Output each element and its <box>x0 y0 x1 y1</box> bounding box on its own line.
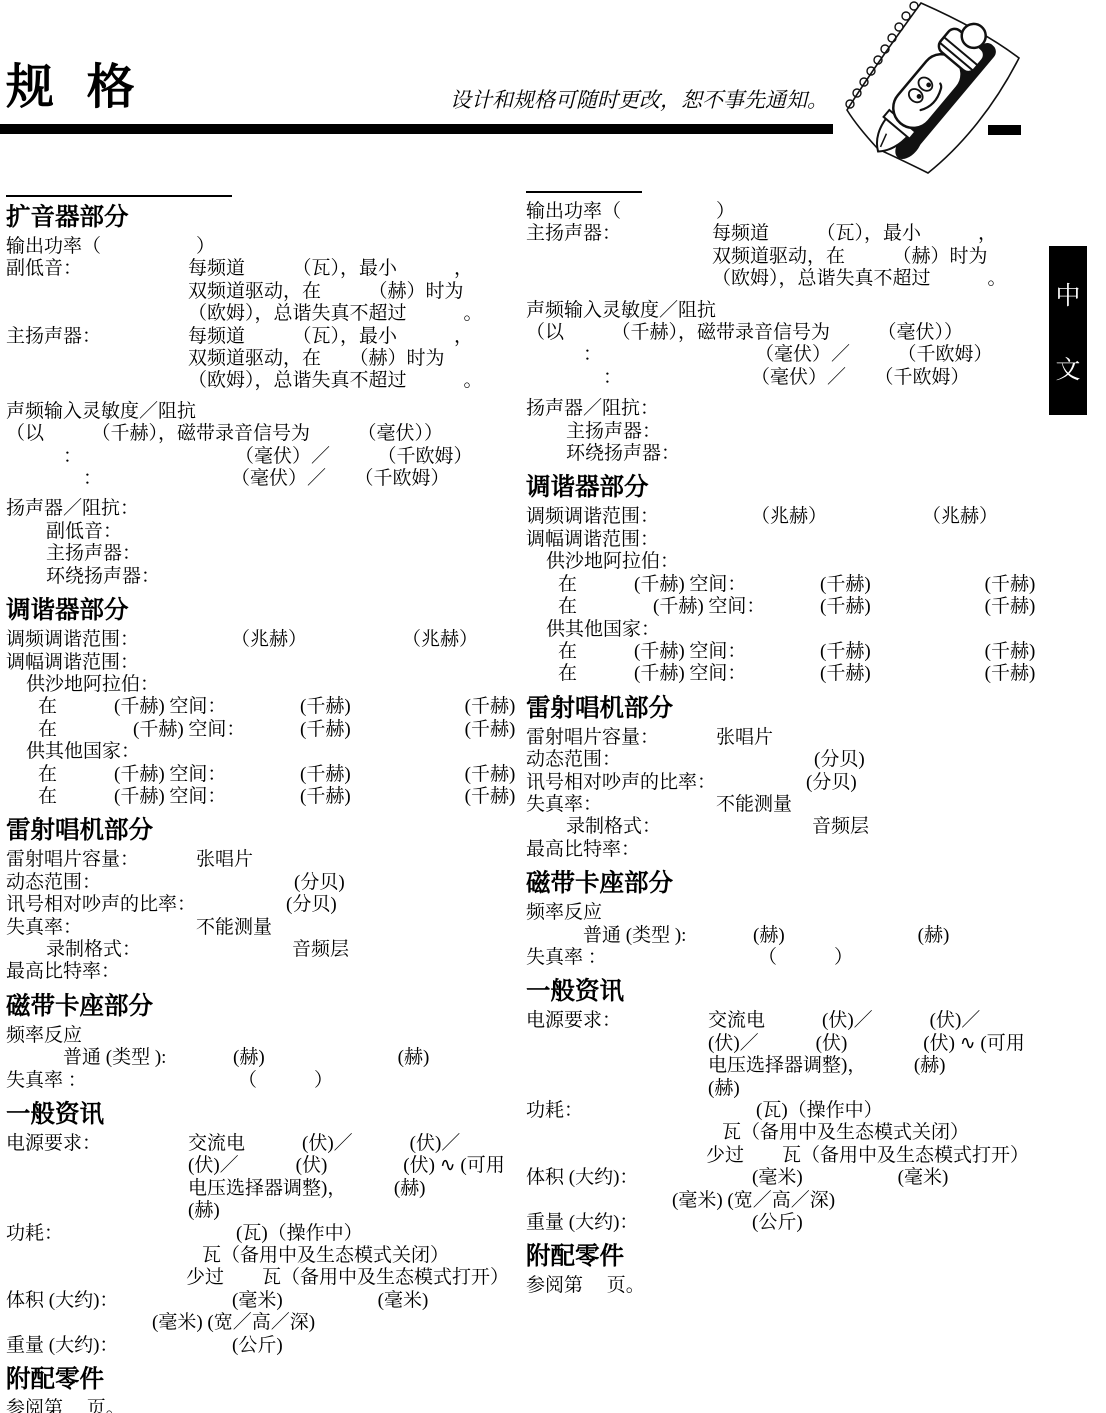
spec-line: 瓦（备用中及生态模式关闭） <box>526 1122 1092 1144</box>
spec-value: 供沙地阿拉伯： <box>546 551 679 573</box>
spec-label: 在 (千赫) 空间： <box>38 764 300 786</box>
section-rule <box>526 191 642 193</box>
spec-value: (千赫) (千赫) <box>820 574 1035 596</box>
spec-label: 失真率 ： <box>6 1070 238 1092</box>
spec-label: ： <box>583 344 755 366</box>
section-heading: 附配零件 <box>6 1367 516 1393</box>
spec-value: （欧姆），总谐失真不超过 。 <box>712 268 1007 290</box>
spec-label: 体积 (大约)： <box>6 1290 232 1312</box>
spec-line: 环绕扬声器： <box>6 566 516 588</box>
spec-line: 双频道驱动，在 （赫）时为 <box>6 348 516 370</box>
spec-line: 在 (千赫) 空间：(千赫) (千赫) <box>526 663 1092 685</box>
spec-line: 供沙地阿拉伯： <box>526 551 1092 573</box>
spec-line: 扬声器／阻抗： <box>6 498 516 520</box>
spec-value: 音频层 <box>812 816 869 838</box>
spec-value: 每频道 （瓦），最小 ， <box>188 258 473 280</box>
spec-value: （以 （千赫），磁带录音信号为 （毫伏）） <box>6 423 443 445</box>
spec-line: 功耗：(瓦)（操作中） <box>6 1223 516 1245</box>
spec-value: 不能测量 <box>716 794 792 816</box>
spec-value: 音频层 <box>292 939 349 961</box>
spec-value: （ ） <box>758 947 853 969</box>
spec-value: (千赫) (千赫) <box>820 596 1035 618</box>
section-heading: 磁带卡座部分 <box>6 994 516 1020</box>
spec-line: 体积 (大约)：(毫米) (毫米) <box>6 1290 516 1312</box>
spec-line: 电压选择器调整)， (赫) <box>526 1055 1092 1077</box>
spec-label: 在 (千赫) 空间： <box>38 786 300 808</box>
spec-label: 调频调谐范围： <box>6 629 231 651</box>
pen-on-notepad-illustration <box>845 0 1097 184</box>
spec-line: 双频道驱动，在 （赫）时为 <box>526 246 1092 268</box>
spec-label: 讯号相对吵声的比率： <box>526 772 806 794</box>
spec-value: 双频道驱动，在 （赫）时为 <box>188 281 464 303</box>
spec-value: 少过 瓦（备用中及生态模式打开） <box>186 1267 509 1289</box>
spec-line: 声频输入灵敏度／阻抗 <box>6 401 516 423</box>
spec-value: 参阅第 页。 <box>6 1398 125 1413</box>
spec-label: ： <box>63 446 235 468</box>
spec-line: 主扬声器：每频道 （瓦），最小 ， <box>526 223 1092 245</box>
spec-line: 副低音： <box>6 521 516 543</box>
spec-label: 在 (千赫) 空间： <box>558 641 820 663</box>
spec-value: （毫伏）／ （千欧姆） <box>751 367 970 389</box>
spec-label: 在 (千赫) 空间： <box>38 719 300 741</box>
spec-value: 每频道 （瓦），最小 ， <box>188 326 473 348</box>
spec-value: 参阅第 页。 <box>526 1275 645 1297</box>
spec-value: 主扬声器： <box>566 421 661 443</box>
spec-label: 动态范围： <box>526 749 814 771</box>
spec-label: 普通 (类型 ): <box>63 1047 233 1069</box>
spec-line: 功耗：(瓦)（操作中） <box>526 1100 1092 1122</box>
spec-label: 电源要求： <box>526 1010 708 1032</box>
spec-label: 主扬声器： <box>6 326 188 348</box>
spec-value: 声频输入灵敏度／阻抗 <box>526 300 716 322</box>
spec-value: (赫) <box>188 1200 220 1222</box>
spec-value: 每频道 （瓦），最小 ， <box>712 223 997 245</box>
spec-value: (毫米) (宽／高／深) <box>152 1312 315 1334</box>
spec-value: 扬声器／阻抗： <box>6 498 139 520</box>
spec-value: 瓦（备用中及生态模式关闭） <box>722 1122 969 1144</box>
spec-value: 频率反应 <box>6 1025 82 1047</box>
spec-value: （欧姆），总谐失真不超过 。 <box>188 370 483 392</box>
spec-label: 讯号相对吵声的比率： <box>6 894 286 916</box>
spec-value: (毫米) (毫米) <box>232 1290 428 1312</box>
spec-line: 动态范围：(分贝) <box>526 749 1092 771</box>
spec-line: 少过 瓦（备用中及生态模式打开） <box>526 1145 1092 1167</box>
spec-value: 调幅调谐范围： <box>6 652 139 674</box>
spec-line: 动态范围：(分贝) <box>6 872 516 894</box>
spec-value: 声频输入灵敏度／阻抗 <box>6 401 196 423</box>
spec-value: (千赫) (千赫) <box>300 696 515 718</box>
spec-line: 调幅调谐范围： <box>526 529 1092 551</box>
spec-value: （欧姆），总谐失真不超过 。 <box>188 303 483 325</box>
spec-value: 环绕扬声器： <box>566 443 680 465</box>
spec-value: 输出功率（ ） <box>526 201 735 223</box>
spec-line: 在 (千赫) 空间：(千赫) (千赫) <box>6 719 516 741</box>
spec-value: (伏)／ (伏) (伏) ∿ (可用 <box>708 1033 1025 1055</box>
spec-label: 调频调谐范围： <box>526 506 751 528</box>
spec-line: 普通 (类型 ):(赫) (赫) <box>6 1047 516 1069</box>
section-rule <box>6 195 232 197</box>
spec-line: 录制格式：音频层 <box>526 816 1092 838</box>
spec-line: 主扬声器： <box>6 543 516 565</box>
spec-value: 双频道驱动，在 （赫）时为 <box>188 348 445 370</box>
spec-line: 失真率 ：（ ） <box>6 1070 516 1092</box>
spec-value: (千赫) (千赫) <box>300 719 515 741</box>
spec-label: 失真率 ： <box>526 947 758 969</box>
spec-label: 录制格式： <box>46 939 292 961</box>
spec-line: 最高比特率： <box>526 839 1092 861</box>
spec-label: 动态范围： <box>6 872 294 894</box>
spec-line: （以 （千赫），磁带录音信号为 （毫伏）） <box>6 423 516 445</box>
spec-label: ： <box>83 468 231 490</box>
page-title: 规 格 <box>6 48 137 117</box>
spec-value: (公斤) <box>232 1335 283 1357</box>
spec-value: 供其他国家： <box>546 619 660 641</box>
spec-value: 张唱片 <box>716 727 773 749</box>
spec-line: 讯号相对吵声的比率：(分贝) <box>6 894 516 916</box>
section-heading: 附配零件 <box>526 1244 1092 1270</box>
spec-value: (千赫) (千赫) <box>820 663 1035 685</box>
section-heading: 调谐器部分 <box>526 475 1092 501</box>
spec-value: (千赫) (千赫) <box>300 786 515 808</box>
spec-value: 调幅调谐范围： <box>526 529 659 551</box>
spec-line: 电压选择器调整)， (赫) <box>6 1178 516 1200</box>
section-heading: 雷射唱机部分 <box>526 696 1092 722</box>
spec-line: 瓦（备用中及生态模式关闭） <box>6 1245 516 1267</box>
spec-line: 供其他国家： <box>526 619 1092 641</box>
spec-value: 张唱片 <box>196 849 253 871</box>
spec-value: （兆赫） （兆赫） <box>751 506 998 528</box>
spec-line: （以 （千赫），磁带录音信号为 （毫伏）） <box>526 322 1092 344</box>
spec-line: 体积 (大约)：(毫米) (毫米) <box>526 1167 1092 1189</box>
spec-line: （欧姆），总谐失真不超过 。 <box>526 268 1092 290</box>
spec-line: 最高比特率： <box>6 961 516 983</box>
spec-line: 电源要求：交流电 (伏)／ (伏)／ <box>526 1010 1092 1032</box>
spec-label: 雷射唱片容量： <box>526 727 716 749</box>
spec-column-right: 输出功率（ ）主扬声器：每频道 （瓦），最小 ，双频道驱动，在 （赫）时为（欧姆… <box>526 186 1092 1298</box>
spec-line: 供其他国家： <box>6 741 516 763</box>
spec-line: 调频调谐范围：（兆赫） （兆赫） <box>6 629 516 651</box>
section-heading: 雷射唱机部分 <box>6 818 516 844</box>
spec-line: (毫米) (宽／高／深) <box>526 1190 1092 1212</box>
spec-value: （以 （千赫），磁带录音信号为 （毫伏）） <box>526 322 963 344</box>
spec-label: 在 (千赫) 空间： <box>558 596 820 618</box>
section-heading: 磁带卡座部分 <box>526 871 1092 897</box>
spec-value: 扬声器／阻抗： <box>526 398 659 420</box>
spec-line: 副低音：每频道 （瓦），最小 ， <box>6 258 516 280</box>
spec-line: 主扬声器： <box>526 421 1092 443</box>
spec-value: （毫伏）／ （千欧姆） <box>235 446 473 468</box>
spec-value: (毫米) (宽／高／深) <box>672 1190 835 1212</box>
section-heading: 调谐器部分 <box>6 598 516 624</box>
spec-value: (分贝) <box>814 749 865 771</box>
spec-line: 输出功率（ ） <box>6 236 516 258</box>
spec-line: 扬声器／阻抗： <box>526 398 1092 420</box>
spec-value: 副低音： <box>46 521 122 543</box>
spec-line: 双频道驱动，在 （赫）时为 <box>6 281 516 303</box>
spec-label: 功耗： <box>6 1223 236 1245</box>
spec-line: 供沙地阿拉伯： <box>6 674 516 696</box>
spec-line: ：（毫伏）／ （千欧姆） <box>526 344 1092 366</box>
spec-label: 失真率： <box>526 794 716 816</box>
spec-value: (赫) <box>708 1078 740 1100</box>
spec-line: 在 (千赫) 空间：(千赫) (千赫) <box>6 764 516 786</box>
spec-value: (公斤) <box>752 1212 803 1234</box>
spec-value: (伏)／ (伏) (伏) ∿ (可用 <box>188 1155 505 1177</box>
spec-value: 瓦（备用中及生态模式关闭） <box>202 1245 449 1267</box>
spec-line: ：（毫伏）／ （千欧姆） <box>6 446 516 468</box>
spec-line: 失真率：不能测量 <box>6 917 516 939</box>
spec-value: 电压选择器调整)， (赫) <box>188 1178 425 1200</box>
spec-line: 声频输入灵敏度／阻抗 <box>526 300 1092 322</box>
spec-label: 失真率： <box>6 917 196 939</box>
specs-page: 规 格 设计和规格可随时更改，恕不事先通知。 <box>0 0 1106 1413</box>
spec-line: 重量 (大约)：(公斤) <box>526 1212 1092 1234</box>
spec-line: (伏)／ (伏) (伏) ∿ (可用 <box>6 1155 516 1177</box>
spec-line: 少过 瓦（备用中及生态模式打开） <box>6 1267 516 1289</box>
spec-line: 调频调谐范围：（兆赫） （兆赫） <box>526 506 1092 528</box>
spec-label: 在 (千赫) 空间： <box>558 574 820 596</box>
spec-label: 重量 (大约)： <box>6 1335 232 1357</box>
spec-line: 录制格式：音频层 <box>6 939 516 961</box>
spec-line: （欧姆），总谐失真不超过 。 <box>6 303 516 325</box>
spec-value: (分贝) <box>294 872 345 894</box>
spec-line: 雷射唱片容量：张唱片 <box>526 727 1092 749</box>
spec-value: 电压选择器调整)， (赫) <box>708 1055 945 1077</box>
spec-value: (瓦)（操作中） <box>756 1100 883 1122</box>
spec-line: (赫) <box>526 1078 1092 1100</box>
spec-line: 参阅第 页。 <box>526 1275 1092 1297</box>
spec-line: 失真率：不能测量 <box>526 794 1092 816</box>
spec-line: 主扬声器：每频道 （瓦），最小 ， <box>6 326 516 348</box>
spec-label: 普通 (类型 ): <box>583 925 753 947</box>
spec-line: 重量 (大约)：(公斤) <box>6 1335 516 1357</box>
spec-line: 频率反应 <box>526 902 1092 924</box>
spec-value: （毫伏）／ （千欧姆） <box>231 468 450 490</box>
title-rule <box>0 124 833 134</box>
spec-line: (伏)／ (伏) (伏) ∿ (可用 <box>526 1033 1092 1055</box>
spec-value: (赫) (赫) <box>233 1047 429 1069</box>
spec-value: 最高比特率： <box>526 839 640 861</box>
spec-value: 交流电 (伏)／ (伏)／ <box>708 1010 980 1032</box>
spec-value: （毫伏）／ （千欧姆） <box>755 344 993 366</box>
spec-label: 体积 (大约)： <box>526 1167 752 1189</box>
section-heading: 扩音器部分 <box>6 205 516 231</box>
spec-value: 主扬声器： <box>46 543 141 565</box>
spec-value: (千赫) (千赫) <box>300 764 515 786</box>
spec-value: (毫米) (毫米) <box>752 1167 948 1189</box>
spec-line: 环绕扬声器： <box>526 443 1092 465</box>
spec-line: ：（毫伏）／ （千欧姆） <box>526 367 1092 389</box>
spec-line: 在 (千赫) 空间：(千赫) (千赫) <box>6 786 516 808</box>
spec-column-left: 扩音器部分输出功率（ ）副低音：每频道 （瓦），最小 ，双频道驱动，在 （赫）时… <box>6 190 516 1413</box>
spec-value: 双频道驱动，在 （赫）时为 <box>712 246 988 268</box>
spec-line: (毫米) (宽／高／深) <box>6 1312 516 1334</box>
spec-label: 重量 (大约)： <box>526 1212 752 1234</box>
section-heading: 一般资讯 <box>6 1102 516 1128</box>
spec-value: (瓦)（操作中） <box>236 1223 363 1245</box>
spec-value: 频率反应 <box>526 902 602 924</box>
spec-value: 输出功率（ ） <box>6 236 215 258</box>
spec-line: 电源要求：交流电 (伏)／ (伏)／ <box>6 1133 516 1155</box>
spec-value: （ ） <box>238 1070 333 1092</box>
spec-label: 在 (千赫) 空间： <box>38 696 300 718</box>
spec-value: (千赫) (千赫) <box>820 641 1035 663</box>
spec-value: 供其他国家： <box>26 741 140 763</box>
spec-line: ：（毫伏）／ （千欧姆） <box>6 468 516 490</box>
spec-value: (分贝) <box>806 772 857 794</box>
spec-value: (分贝) <box>286 894 337 916</box>
spec-label: 主扬声器： <box>526 223 712 245</box>
spec-label: 副低音： <box>6 258 188 280</box>
spec-line: 在 (千赫) 空间：(千赫) (千赫) <box>526 596 1092 618</box>
spec-line: 频率反应 <box>6 1025 516 1047</box>
spec-line: 讯号相对吵声的比率：(分贝) <box>526 772 1092 794</box>
spec-value: 不能测量 <box>196 917 272 939</box>
spec-line: 输出功率（ ） <box>526 201 1092 223</box>
spec-line: 在 (千赫) 空间：(千赫) (千赫) <box>526 641 1092 663</box>
spec-line: 普通 (类型 ):(赫) (赫) <box>526 925 1092 947</box>
spec-line: 雷射唱片容量：张唱片 <box>6 849 516 871</box>
spec-line: 在 (千赫) 空间：(千赫) (千赫) <box>6 696 516 718</box>
spec-label: 录制格式： <box>566 816 812 838</box>
spec-label: 功耗： <box>526 1100 756 1122</box>
section-heading: 一般资讯 <box>526 979 1092 1005</box>
spec-value: 供沙地阿拉伯： <box>26 674 159 696</box>
spec-change-note: 设计和规格可随时更改，恕不事先通知。 <box>420 84 828 114</box>
spec-line: (赫) <box>6 1200 516 1222</box>
spec-value: 最高比特率： <box>6 961 120 983</box>
spec-label: 雷射唱片容量： <box>6 849 196 871</box>
spec-line: （欧姆），总谐失真不超过 。 <box>6 370 516 392</box>
spec-value: 交流电 (伏)／ (伏)／ <box>188 1133 460 1155</box>
spec-line: 在 (千赫) 空间：(千赫) (千赫) <box>526 574 1092 596</box>
spec-line: 参阅第 页。 <box>6 1398 516 1413</box>
spec-label: ： <box>603 367 751 389</box>
spec-label: 电源要求： <box>6 1133 188 1155</box>
spec-value: （兆赫） （兆赫） <box>231 629 478 651</box>
spec-line: 调幅调谐范围： <box>6 652 516 674</box>
spec-value: 少过 瓦（备用中及生态模式打开） <box>706 1145 1029 1167</box>
spec-line: 失真率 ：（ ） <box>526 947 1092 969</box>
spec-label: 在 (千赫) 空间： <box>558 663 820 685</box>
spec-value: (赫) (赫) <box>753 925 949 947</box>
spec-value: 环绕扬声器： <box>46 566 160 588</box>
